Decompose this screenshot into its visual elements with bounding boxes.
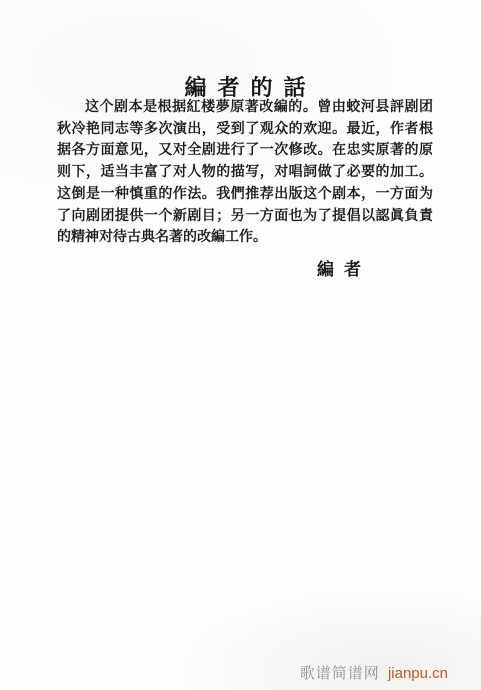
editor-signature: 編者 [57,255,433,280]
site-watermark: 歌谱简谱网 jianpu.cn [300,662,448,683]
paragraph-line: 的精神对待古典名著的改編工作。 [57,227,433,249]
watermark-site-url: jianpu.cn [388,665,448,682]
paragraph-line: 这个剧本是根据紅楼夢原著改編的。曾由蛟河县評剧团 [57,97,433,119]
editors-note-paragraph: 这个剧本是根据紅楼夢原著改編的。曾由蛟河县評剧团 秋冷艳同志等多次演出，受到了观… [57,97,433,249]
paragraph-line: 这倒是一种慎重的作法。我們推荐出版这个剧本，一方面为 [57,184,433,206]
scanned-book-page: 編者的話 这个剧本是根据紅楼夢原著改編的。曾由蛟河县評剧团 秋冷艳同志等多次演出… [0,0,481,690]
paragraph-line: 了向剧团提供一个新剧目；另一方面也为了提倡以認眞負責 [57,206,433,228]
watermark-site-name: 歌谱简谱网 [300,665,380,682]
paragraph-line: 据各方面意见，又对全剧进行了一次修改。在忠实原著的原 [57,140,433,162]
paragraph-line: 秋冷艳同志等多次演出，受到了观众的欢迎。最近，作者根 [57,119,433,141]
paragraph-line: 则下，适当丰富了对人物的描写，对唱詞做了必要的加工。 [57,162,433,184]
